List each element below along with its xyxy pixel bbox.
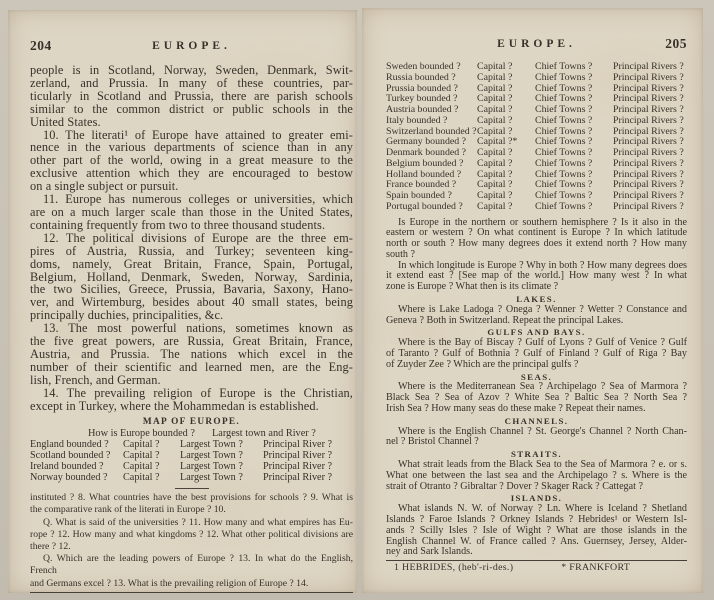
map-question-table: England bounded ? Capital ? Largest Town… bbox=[30, 440, 353, 484]
text-line: United States. bbox=[30, 116, 353, 129]
table-cell-towns: Chief Towns ? bbox=[535, 202, 613, 213]
text-line: are on a much larger scale than those in… bbox=[30, 206, 353, 219]
text-line: What one between the last sea and the Ar… bbox=[386, 471, 687, 482]
table-cell-towns: Chief Towns ? bbox=[535, 159, 613, 170]
text-line: 14. The prevailing religion of Europe is… bbox=[30, 387, 353, 400]
table-row: Portugal bounded ? Capital ? Chief Towns… bbox=[386, 202, 687, 213]
left-page-header: 204 EUROPE. bbox=[30, 40, 353, 55]
text-line: and Germans excel ? 13. What is the prev… bbox=[30, 578, 353, 590]
right-page-header: EUROPE. 205 bbox=[386, 38, 687, 53]
table-cell-country: Italy bounded ? bbox=[386, 116, 477, 127]
table-cell-rivers: Principal Rivers ? bbox=[613, 73, 687, 84]
left-page: 204 EUROPE. people is in Scotland, Norwa… bbox=[8, 10, 357, 593]
text-line: north or south ? How many degrees does i… bbox=[386, 239, 687, 250]
text-line: containing frequently from two to three … bbox=[30, 219, 353, 232]
text-line: there ? 12. bbox=[30, 541, 353, 553]
text-line: Q. Which are the leading powers of Europ… bbox=[30, 553, 353, 577]
text-line: ney and Sark Islands. bbox=[386, 547, 687, 558]
text-line: number of their scientific and learned m… bbox=[30, 361, 353, 374]
table-cell-capital: Capital ? bbox=[477, 73, 535, 84]
text-line: doms, namely, Great Britain, France, Spa… bbox=[30, 258, 353, 271]
table-row: Italy bounded ? Capital ? Chief Towns ? … bbox=[386, 116, 687, 127]
table-row: Russia bounded ? Capital ? Chief Towns ?… bbox=[386, 73, 687, 84]
table-cell-country: Norway bounded ? bbox=[30, 473, 123, 484]
text-line: zerland, and Prussia. In many of these c… bbox=[30, 77, 353, 90]
text-line: the five great powers, are Russia, Great… bbox=[30, 335, 353, 348]
text-line: pires of Austria, Russia, and Turkey; se… bbox=[30, 245, 353, 258]
running-head-left: EUROPE. bbox=[30, 40, 353, 52]
table-cell-country: Belgium bounded ? bbox=[386, 159, 477, 170]
text-line: people is in Scotland, Norway, Sweden, D… bbox=[30, 64, 353, 77]
countries-question-table: Sweden bounded ? Capital ? Chief Towns ?… bbox=[386, 62, 687, 213]
table-cell-capital: Capital ? bbox=[477, 202, 535, 213]
text-line: Geneva ? Both in Switzerland. Repeat the… bbox=[386, 316, 687, 327]
text-line: Q. What is said of the universities ? 11… bbox=[30, 517, 353, 529]
right-page: EUROPE. 205 Sweden bounded ? Capital ? C… bbox=[362, 8, 703, 593]
text-line: Irish Sea ? How many seas do these make … bbox=[386, 404, 687, 415]
footnote-hebrides: 1 HEBRIDES, (heb'-ri-des.) bbox=[394, 561, 513, 575]
table-cell-rivers: Principal Rivers ? bbox=[613, 202, 687, 213]
table-cell-country: Portugal bounded ? bbox=[386, 202, 477, 213]
map-of-europe-heading: MAP OF EUROPE. bbox=[30, 417, 353, 427]
text-line: nel ? Bristol Channel ? bbox=[386, 437, 687, 448]
review-questions: instituted ? 8. What countries have the … bbox=[30, 492, 353, 590]
text-line: lish, French, and German. bbox=[30, 374, 353, 387]
text-line: instituted ? 8. What countries have the … bbox=[30, 492, 353, 504]
table-cell-towns: Chief Towns ? bbox=[535, 116, 613, 127]
text-line: rope ? 12. How many and what kingdoms ? … bbox=[30, 529, 353, 541]
table-cell-rivers: Principal Rivers ? bbox=[613, 116, 687, 127]
text-line: CHANNELS. bbox=[386, 415, 687, 427]
geography-questions: Is Europe in the northern or southern he… bbox=[386, 218, 687, 559]
table-row: Belgium bounded ? Capital ? Chief Towns … bbox=[386, 159, 687, 170]
table-cell-towns: Chief Towns ? bbox=[535, 73, 613, 84]
running-head-right: EUROPE. bbox=[386, 38, 687, 50]
text-line: Austria, and Prussia. The nations which … bbox=[30, 348, 353, 361]
text-line: 12. The political divisions of Europe ar… bbox=[30, 232, 353, 245]
text-line: ands ? Scilly Isles ? Isle of Wight ? Wh… bbox=[386, 526, 687, 537]
table-row: Norway bounded ? Capital ? Largest Town … bbox=[30, 473, 353, 484]
text-line: of Zuyder Zee ? Which are the principal … bbox=[386, 360, 687, 371]
text-line: the comparative rank of the literati in … bbox=[30, 504, 353, 516]
page-number-right: 205 bbox=[665, 36, 687, 52]
text-line: similar to the common district or public… bbox=[30, 103, 353, 116]
left-body-text: people is in Scotland, Norway, Sweden, D… bbox=[30, 64, 353, 412]
section-divider bbox=[175, 488, 209, 489]
table-cell-capital: Capital ? bbox=[477, 159, 535, 170]
text-line: strait of Otranto ? Gibraltar ? Dover ? … bbox=[386, 482, 687, 493]
footnote-frankfort: * FRANKFORT bbox=[561, 561, 630, 575]
text-line: ticularly in Scotland and Prussia, there… bbox=[30, 90, 353, 103]
text-line: except in Turkey, where the Mohammedan i… bbox=[30, 400, 353, 413]
table-cell-towns: Largest Town ? bbox=[180, 473, 263, 484]
table-cell-capital: Capital ? bbox=[123, 473, 180, 484]
table-cell-rivers: Principal River ? bbox=[263, 473, 353, 484]
table-cell-capital: Capital ? bbox=[477, 116, 535, 127]
text-line: zone is Europe ? What then is its climat… bbox=[386, 282, 687, 293]
table-cell-rivers: Principal Rivers ? bbox=[613, 159, 687, 170]
table-cell-country: Russia bounded ? bbox=[386, 73, 477, 84]
